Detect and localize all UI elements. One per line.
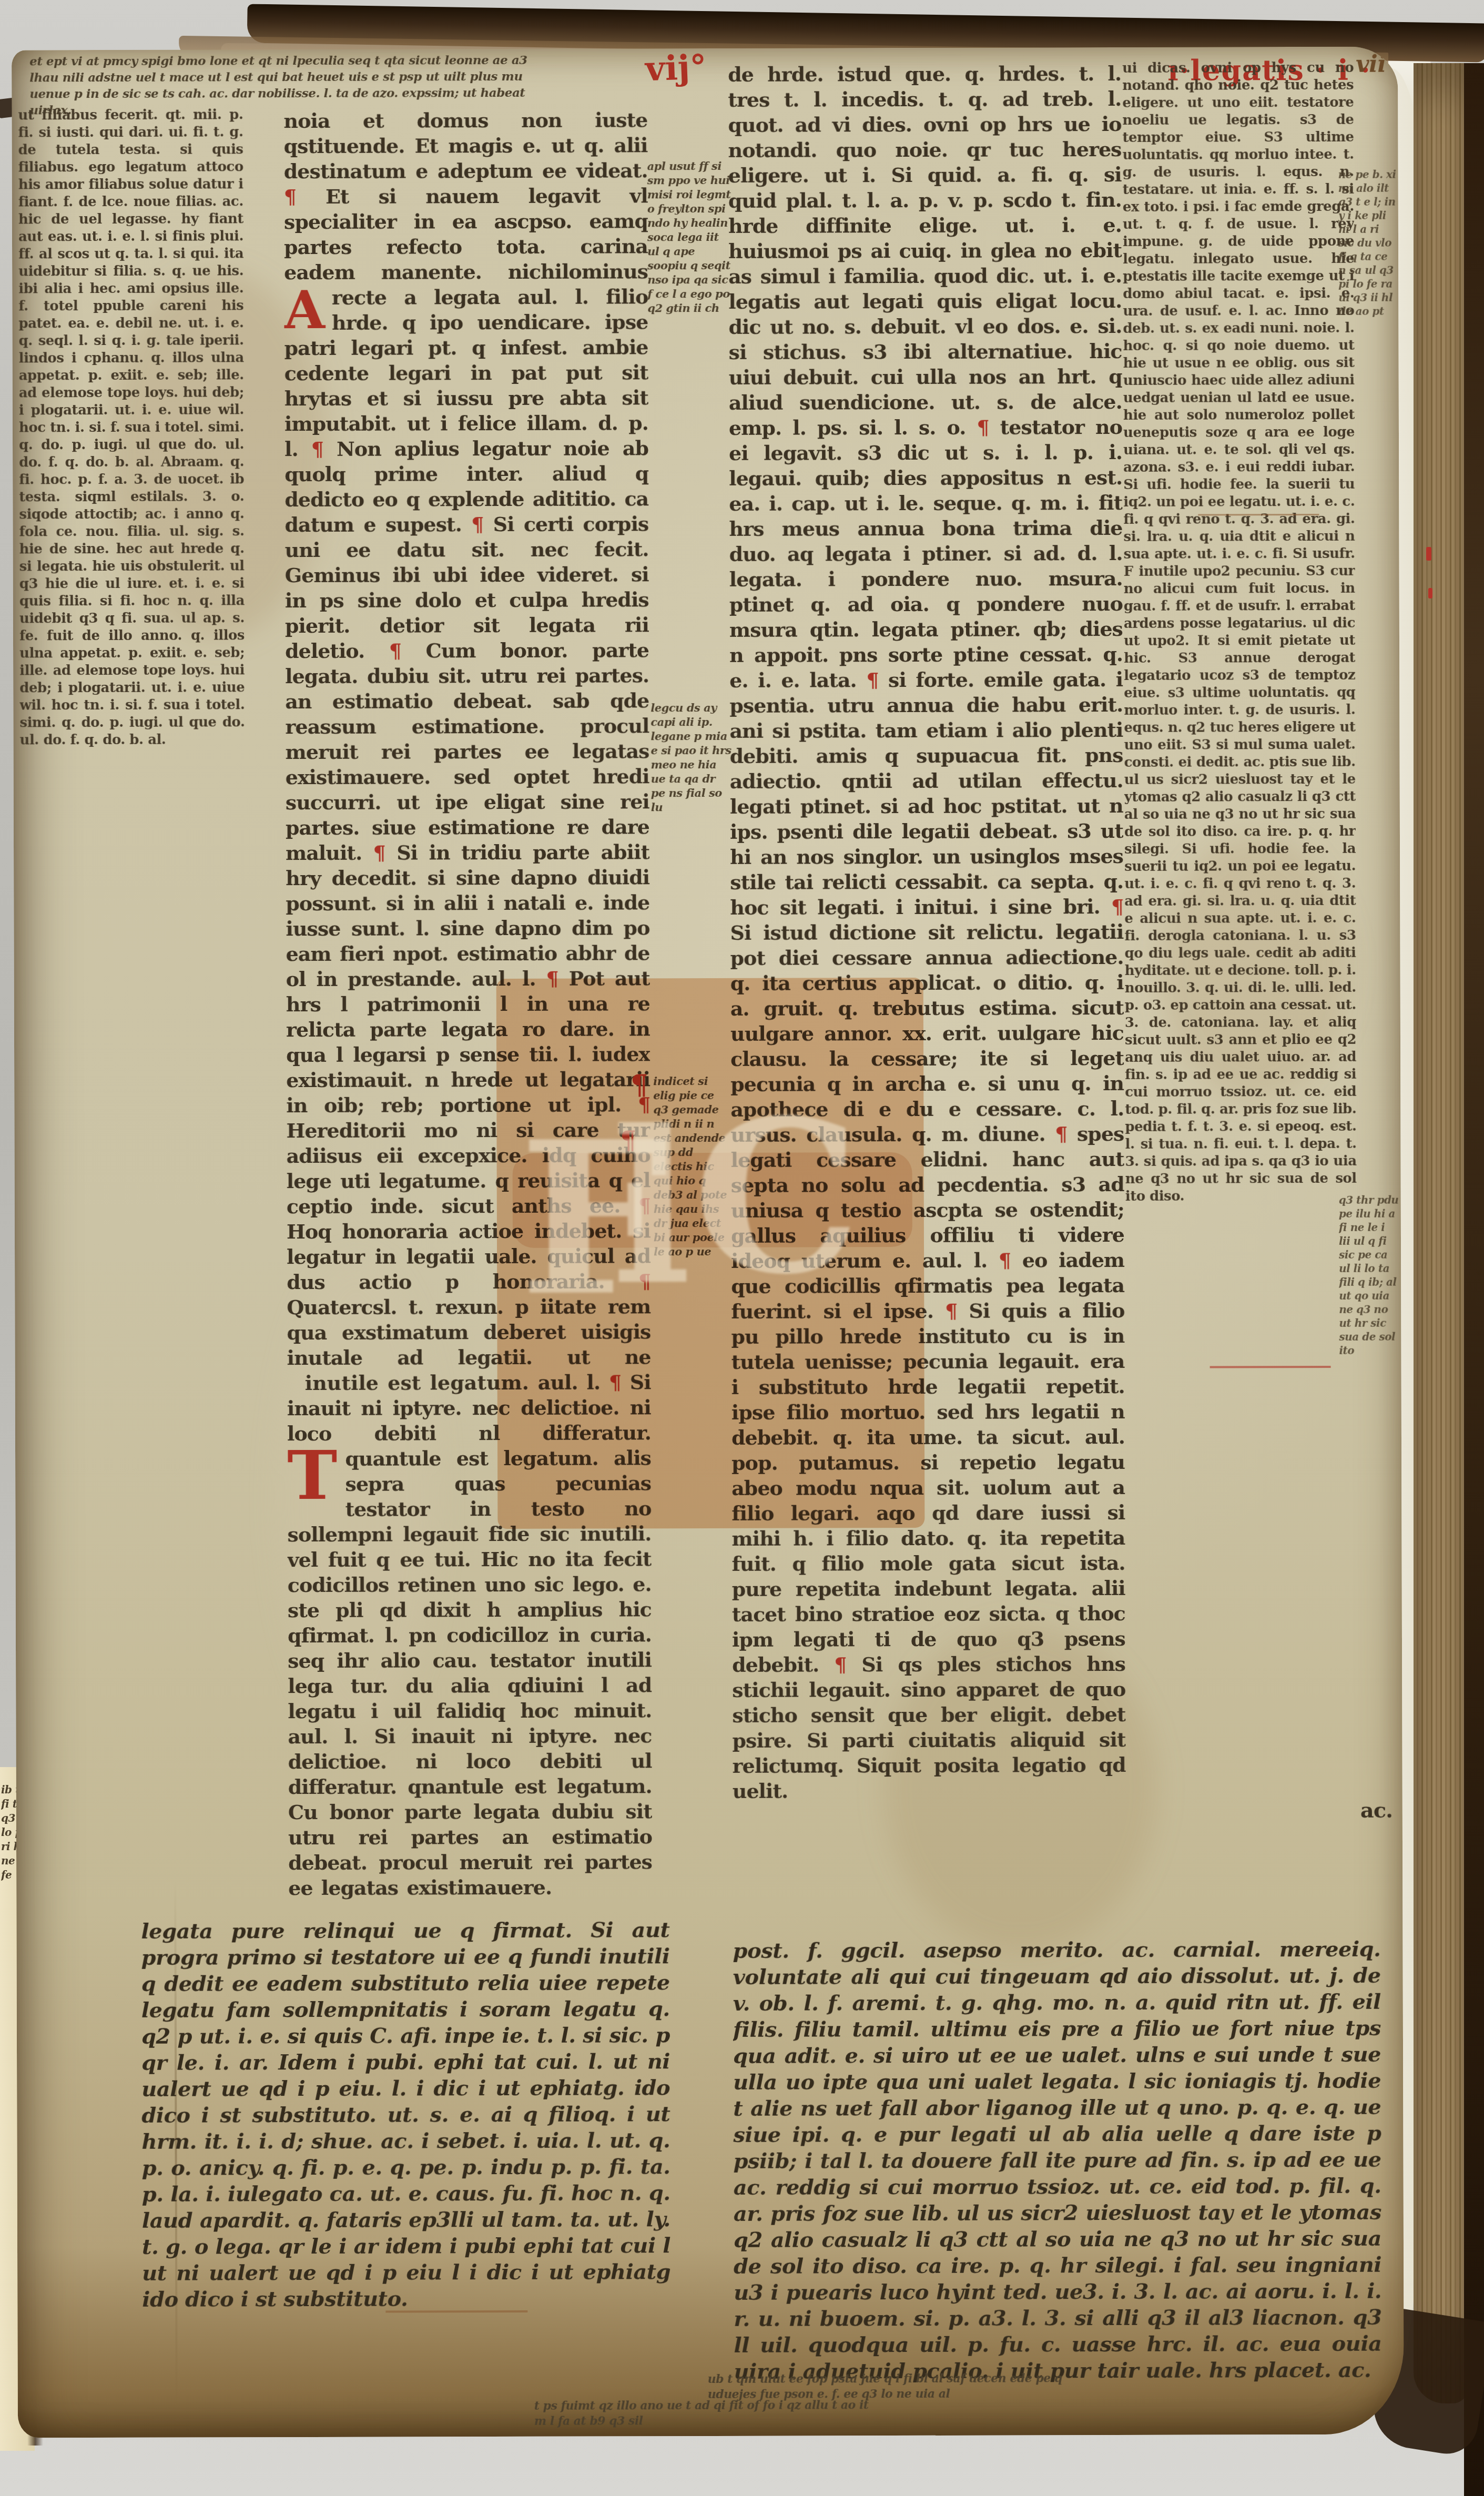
section-heading: inutile est legatum. <box>305 1370 529 1396</box>
edge-note: ac. <box>1360 1798 1392 1823</box>
fore-edge-red-mark <box>1428 588 1432 598</box>
underline <box>385 2310 527 2313</box>
col1-passage: Cum bonor. parte legata. dubiu sit. utru… <box>285 638 649 865</box>
book-fore-edge <box>1414 63 1468 2403</box>
red-paraph-mark: ¶ <box>284 185 296 208</box>
red-paraph-mark: ¶ <box>866 668 878 692</box>
underline <box>1198 514 1319 516</box>
red-paraph-mark: ¶ <box>977 415 989 439</box>
ghost-letter-c: C <box>693 1073 861 1321</box>
red-paraph-mark: ¶ <box>834 1652 846 1676</box>
col1-passage: filio hrde. q ipo uendicare. ipse patri … <box>284 285 648 461</box>
col1-passage: Et si nauem legavit vl specialiter in ea… <box>284 184 648 309</box>
col2-passage: si forte. emile gata. i psentia. utru an… <box>729 667 1123 919</box>
outer-margin-note-1: ne pe b. xi mi alo ilt q3 t e l; in y i … <box>1338 168 1398 825</box>
red-paraph-mark: ¶ <box>311 437 323 461</box>
folio-number: vij° <box>645 47 707 89</box>
col2-passage: de hrde. istud que. q. hrdes. t. l. tres… <box>728 62 1122 440</box>
red-initial-a: A <box>284 287 324 332</box>
gutter-annotation-1: apl usut ff si sm ppo ve hui misi roi le… <box>647 159 733 474</box>
red-paraph-mark: ¶ <box>373 841 385 865</box>
gutter-annotation-2: legcu ds ay capi ali ip. legane p mia e … <box>650 701 733 927</box>
red-underline <box>1210 1366 1331 1368</box>
manuscript-photo: { "header": { "folio": "vij\u00b0", "run… <box>0 0 1484 2496</box>
manuscript-leaf: vij° ı·legatis · i · vii et ept vi at pm… <box>12 47 1404 2438</box>
lower-text-right: post. f. ggcil. asepso merito. ac. carni… <box>733 1936 1381 2401</box>
red-paraph-mark: ¶ <box>945 1299 957 1323</box>
red-paraph-mark: ¶ <box>1055 1122 1067 1145</box>
bottom-note-right: ub t qm uiut ee fop psta jue q i fi bl a… <box>708 2371 1092 2438</box>
binding-board-edge <box>1464 63 1484 2496</box>
left-gloss-column: ut filiabus fecerit. qt. mii. p. fi. si … <box>18 106 247 1506</box>
red-paraph-mark: ¶ <box>999 1248 1011 1272</box>
red-paraph-mark: ¶ <box>1111 895 1123 918</box>
col1-passage: noia et domus non iuste qstituende. Et m… <box>283 108 647 183</box>
col2-passage: testator no ei legavit. s3 dic ut s. i. … <box>729 415 1123 692</box>
red-initial-t: T <box>287 1449 337 1502</box>
fore-edge-red-mark <box>1426 547 1431 561</box>
corner-quire-mark: vii <box>1356 51 1386 78</box>
red-paraph-mark: ¶ <box>471 512 483 536</box>
red-paraph-mark: ¶ <box>389 639 401 663</box>
outer-margin-note-2: q3 thr pdu pe ilu hi a fi ne le i lii ul… <box>1339 1193 1401 1898</box>
lower-text-left: legata pure relinqui ue q firmat. Si aut… <box>141 1917 670 2394</box>
ghost-letter-l: l <box>611 1084 692 1332</box>
